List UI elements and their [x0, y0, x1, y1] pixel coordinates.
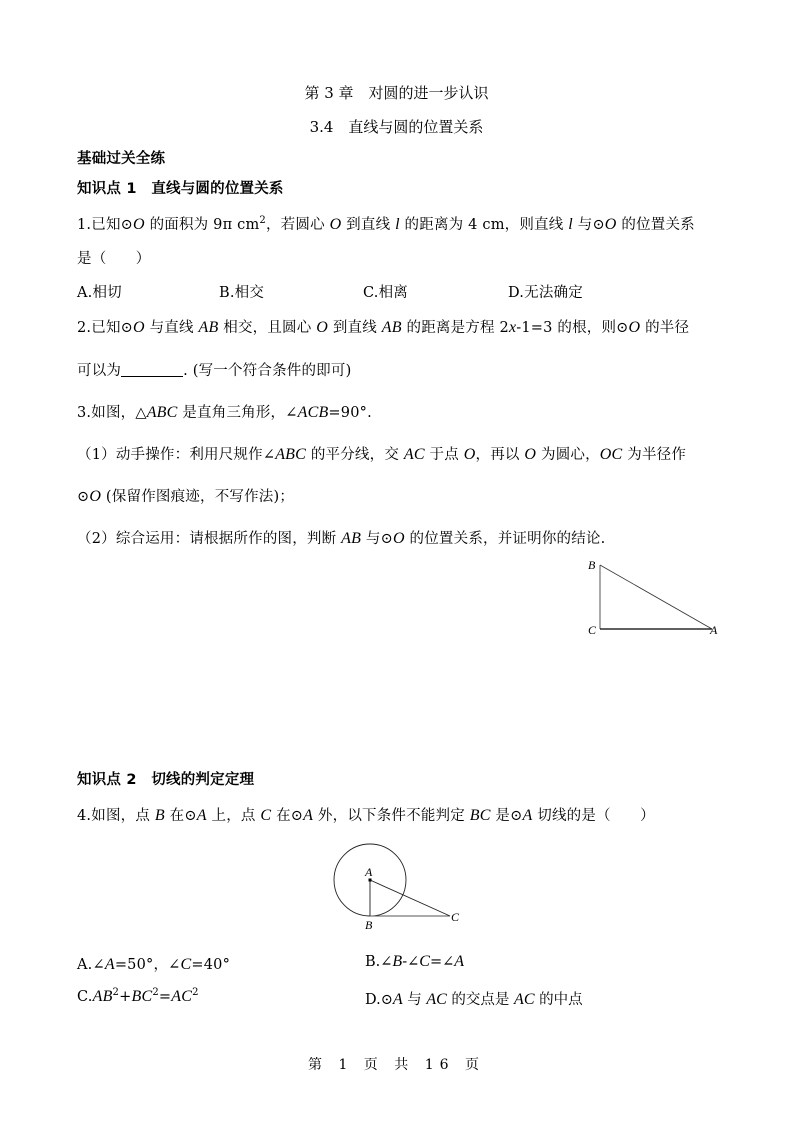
option-c[interactable]: C.相离	[363, 281, 408, 302]
triangle-figure: B C A	[585, 553, 725, 643]
label-b: B	[365, 918, 373, 932]
question-4: 4.如图，点 B 在⊙A 上，点 C 在⊙A 外，以下条件不能判定 BC 是⊙A…	[77, 804, 655, 825]
option-b[interactable]: B.相交	[219, 281, 264, 302]
knowledge-point-2: 知识点 2 切线的判定定理	[77, 768, 254, 789]
knowledge-point-1: 知识点 1 直线与圆的位置关系	[77, 177, 284, 198]
question-3-part-1-line2: ⊙O (保留作图痕迹，不写作法)；	[77, 485, 294, 506]
option-d[interactable]: D.无法确定	[508, 281, 583, 302]
question-2: 2.已知⊙O 与直线 AB 相交，且圆心 O 到直线 AB 的距离是方程 2x-…	[77, 316, 689, 337]
option-a[interactable]: A.∠A=50°，∠C=40°	[77, 953, 230, 974]
label-c: C	[451, 910, 460, 924]
option-a[interactable]: A.相切	[77, 281, 122, 302]
label-a: A	[709, 623, 718, 637]
section-title: 3.4 直线与圆的位置关系	[0, 116, 793, 137]
circle-tangent-figure: A B C	[325, 840, 470, 935]
page-footer: 第 1 页 共 16 页	[0, 1054, 793, 1074]
label-b: B	[588, 558, 596, 572]
option-d[interactable]: D.⊙A 与 AC 的交点是 AC 的中点	[365, 988, 583, 1009]
question-number: 4.	[77, 808, 91, 824]
question-3-part-2: （2）综合运用：请根据所作的图，判断 AB 与⊙O 的位置关系，并证明你的结论.	[77, 527, 605, 548]
label-a: A	[364, 865, 373, 879]
option-b[interactable]: B.∠B-∠C=∠A	[365, 953, 464, 971]
question-3-part-1: （1）动手操作：利用尺规作∠ABC 的平分线，交 AC 于点 O，再以 O 为圆…	[77, 443, 686, 464]
question-number: 1.	[77, 217, 91, 233]
label-c: C	[588, 623, 597, 637]
question-2-line2: 可以为. (写一个符合条件的即可)	[77, 359, 351, 380]
answer-blank[interactable]	[121, 362, 183, 377]
question-1: 1.已知⊙O 的面积为 9π cm2，若圆心 O 到直线 l 的距离为 4 cm…	[77, 213, 695, 234]
question-number: 2.	[77, 320, 91, 336]
chapter-title: 第 3 章 对圆的进一步认识	[0, 82, 793, 103]
question-1-options: A.相切 B.相交 C.相离 D.无法确定	[77, 281, 737, 301]
option-c[interactable]: C.AB2+BC2=AC2	[77, 988, 199, 1006]
part-title: 基础过关全练	[77, 147, 165, 168]
question-number: 3.	[77, 405, 91, 421]
question-1-line2: 是（ ）	[77, 247, 151, 268]
question-3: 3.如图，△ABC 是直角三角形，∠ACB=90°.	[77, 401, 372, 422]
